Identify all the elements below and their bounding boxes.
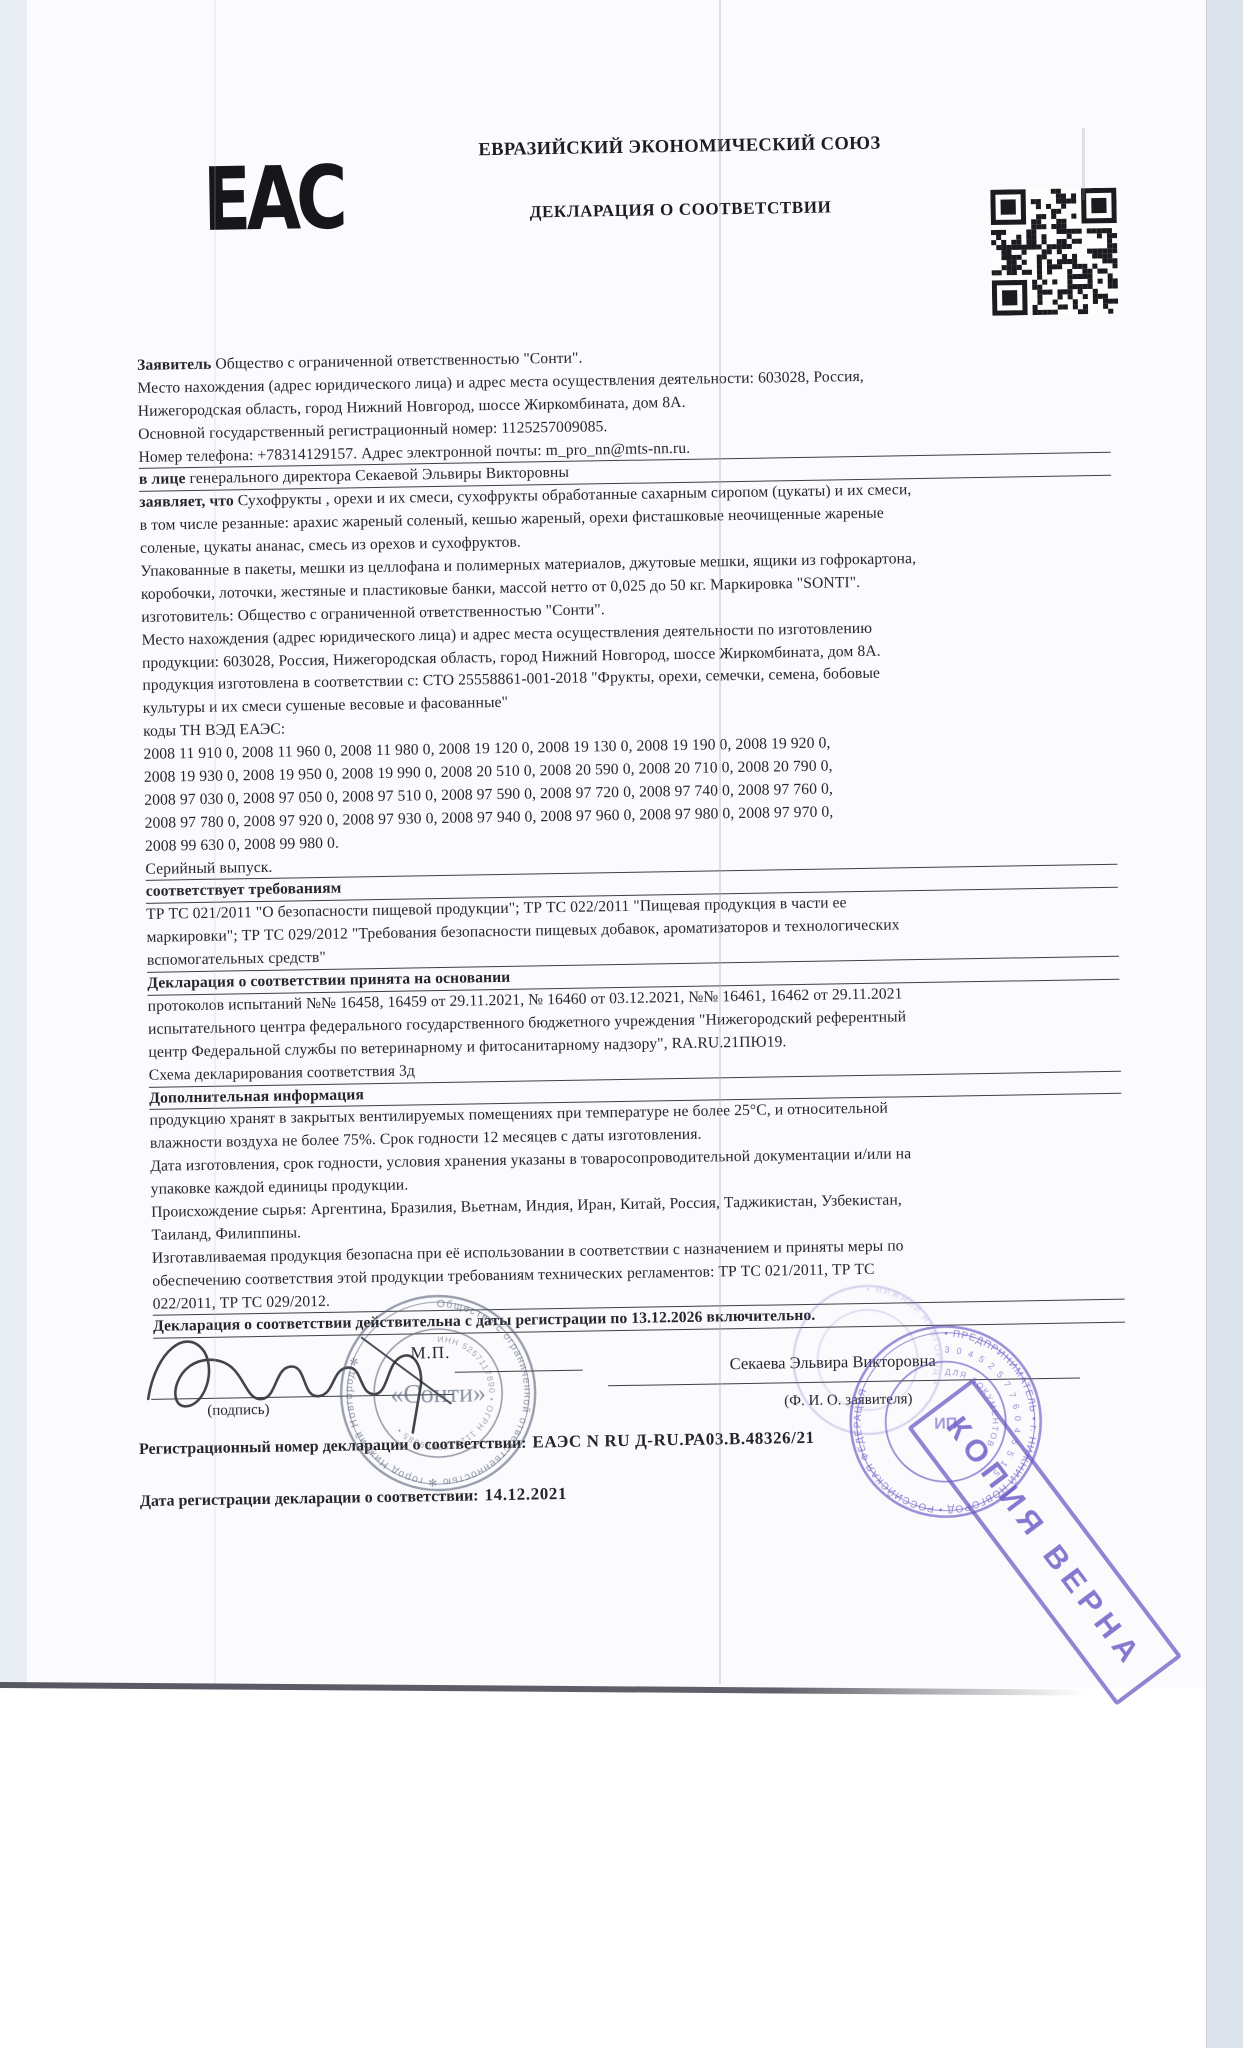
signature-caption: (подпись)	[173, 1401, 303, 1420]
scanner-background	[0, 1688, 1243, 2048]
body-text: Заявитель Общество с ограниченной ответс…	[137, 339, 1125, 1339]
page-left-edge-band	[0, 0, 27, 1686]
union-title: ЕВРАЗИЙСКИЙ ЭКОНОМИЧЕСКИЙ СОЮЗ	[379, 132, 979, 163]
scan-streak	[1082, 128, 1085, 200]
page-right-edge-band	[1206, 0, 1243, 2048]
sonti-stamp-center-text: «Сонти»	[390, 1378, 486, 1409]
qr-code	[990, 188, 1118, 316]
eac-logo: ЕАС	[202, 144, 308, 259]
company-round-stamp: Общество с ограниченной ответственностью…	[329, 1284, 547, 1502]
registration-number-value: ЕАЭС N RU Д-RU.РА03.В.48326/21	[532, 1428, 815, 1452]
page-content: ЕАС ЕВРАЗИЙСКИЙ ЭКОНОМИЧЕСКИЙ СОЮЗ ДЕКЛА…	[0, 0, 1243, 1698]
document-title: ДЕКЛАРАЦИЯ О СООТВЕТСТВИИ	[380, 195, 980, 225]
